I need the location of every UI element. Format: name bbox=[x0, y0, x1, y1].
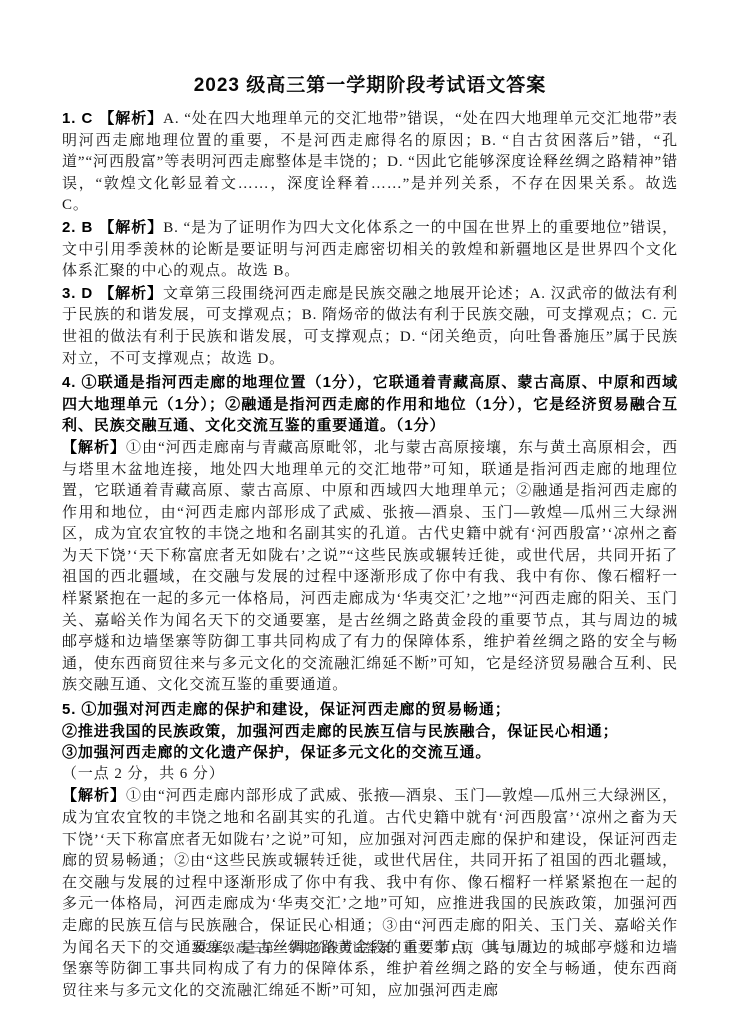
exam-answer-page: 2023 级高三第一学期阶段考试语文答案 1. C【解析】A. “处在四大地理单… bbox=[0, 0, 738, 1021]
q4-analysis: 【解析】①由“河西走廊南与青藏高原毗邻，北与蒙古高原接壤，东与黄土高原相会，西与… bbox=[62, 437, 678, 697]
q5-answer-line-3: ③加强河西走廊的文化遗产保护，保证多元文化的交流互通。 bbox=[62, 742, 678, 764]
q1-answer-number: 1. C bbox=[62, 110, 99, 127]
q4-analysis-text: ①由“河西走廊南与青藏高原毗邻，北与蒙古高原接壤，东与黄土高原相会，西与塔里木盆… bbox=[62, 440, 678, 694]
q5-answer-line-2: ②推进我国的民族政策，加强河西走廊的民族互信与民族融合，保证民心相通； bbox=[62, 721, 678, 743]
answer-q1: 1. C【解析】A. “处在四大地理单元的交汇地带”错误，“处在四大地理单元交汇… bbox=[62, 108, 678, 217]
q2-analysis-label: 【解析】 bbox=[99, 219, 163, 236]
q5-answer-line-1: 5. ①加强对河西走廊的保护和建设，保证河西走廊的贸易畅通； bbox=[62, 699, 678, 721]
q4-analysis-label: 【解析】 bbox=[62, 439, 126, 456]
page-title: 2023 级高三第一学期阶段考试语文答案 bbox=[62, 70, 678, 97]
q1-analysis-label: 【解析】 bbox=[99, 110, 163, 127]
q2-answer-number: 2. B bbox=[62, 219, 99, 236]
q5-analysis-text: ①由“河西走廊内部形成了武威、张掖—酒泉、玉门—敦煌—瓜州三大绿洲区，成为宜农宜… bbox=[62, 788, 678, 998]
q3-analysis-label: 【解析】 bbox=[99, 285, 163, 302]
page-footer: 2023 级高三第一学期阶段考试答案 语文 第 1 页（共 11 页） bbox=[0, 938, 738, 956]
q4-answer: 4. ①联通是指河西走廊的地理位置（1分），它联通着青藏高原、蒙古高原、中原和西… bbox=[62, 372, 678, 437]
answer-q3: 3. D【解析】文章第三段围绕河西走廊是民族交融之地展开论述；A. 汉武帝的做法… bbox=[62, 283, 678, 370]
q5-analysis: 【解析】①由“河西走廊内部形成了武威、张掖—酒泉、玉门—敦煌—瓜州三大绿洲区，成… bbox=[62, 785, 678, 1002]
q3-answer-number: 3. D bbox=[62, 285, 99, 302]
answer-q2: 2. B【解析】B. “是为了证明作为四大文化体系之一的中国在世界上的重要地位”… bbox=[62, 217, 678, 283]
q5-score-note: （一点 2 分，共 6 分） bbox=[62, 764, 678, 786]
q5-analysis-label: 【解析】 bbox=[62, 787, 126, 804]
